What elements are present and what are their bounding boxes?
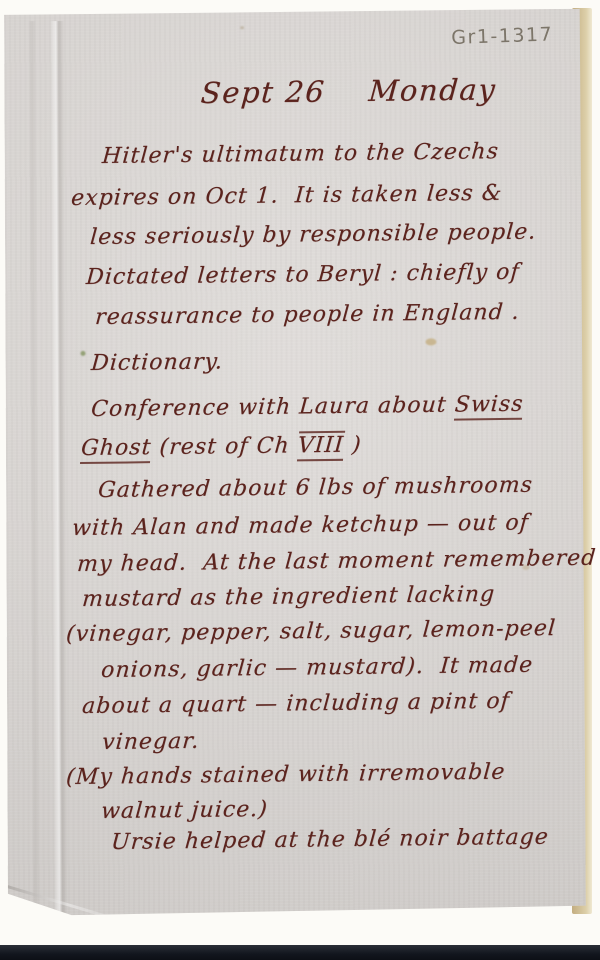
manuscript-line: Dictionary. bbox=[90, 350, 224, 376]
manuscript-line: Ghost (rest of Ch VIII ) bbox=[80, 434, 362, 462]
paper-stain bbox=[240, 26, 244, 29]
paper-stain bbox=[81, 351, 86, 356]
vertical-fold-crease-faint bbox=[28, 21, 40, 923]
scan-bottom-band bbox=[0, 945, 600, 960]
underlined-text: Ghost bbox=[80, 435, 152, 464]
diagonal-corner-crease bbox=[1, 883, 136, 926]
scanned-diary-page: Gr1-1317 Sept 26 Monday Hitler's ultimat… bbox=[0, 0, 600, 960]
manuscript-line: walnut juice.) bbox=[100, 798, 269, 824]
underlined-text: Swiss bbox=[454, 392, 525, 421]
underlined-text: VIII bbox=[297, 431, 345, 462]
manuscript-line: mustard as the ingredient lacking bbox=[81, 583, 496, 612]
paper-stain bbox=[425, 338, 436, 345]
manuscript-line: vinegar. bbox=[101, 730, 200, 755]
archive-reference-pencil: Gr1-1317 bbox=[451, 24, 554, 48]
manuscript-line: Hitler's ultimatum to the Czechs bbox=[101, 140, 500, 169]
manuscript-line: Conference with Laura about Swiss bbox=[90, 393, 524, 422]
diary-date-heading: Sept 26 Monday bbox=[200, 74, 498, 110]
